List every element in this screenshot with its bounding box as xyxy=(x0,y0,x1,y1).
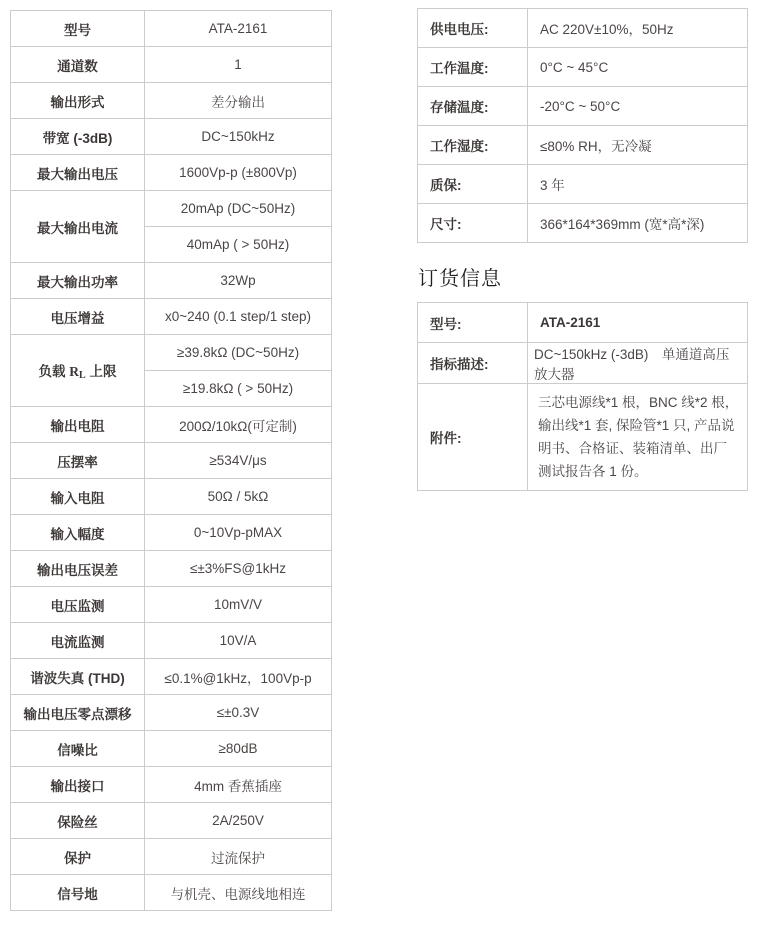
label-cell: 尺寸: xyxy=(418,204,528,243)
label-cell: 输入幅度 xyxy=(11,515,145,551)
label-cell: 最大输出功率 xyxy=(11,263,145,299)
spec-row-output-connector: 输出接口 4mm 香蕉插座 xyxy=(11,767,332,803)
spec-row-voltage-gain: 电压增益 x0~240 (0.1 step/1 step) xyxy=(11,299,332,335)
env-row-humidity: 工作湿度: ≤80% RH，无冷凝 xyxy=(418,126,748,165)
label-cell: 型号: xyxy=(418,303,528,343)
env-row-supply-voltage: 供电电压: AC 220V±10%，50Hz xyxy=(418,9,748,48)
label-cell: 工作湿度: xyxy=(418,126,528,165)
value-cell: DC~150kHz xyxy=(145,119,332,155)
value-cell: 与机壳、电源线地相连 xyxy=(145,875,332,911)
spec-row-output-resistance: 输出电阻 200Ω/10kΩ(可定制) xyxy=(11,407,332,443)
spec-row-output-voltage-error: 输出电压误差 ≤±3%FS@1kHz xyxy=(11,551,332,587)
env-row-warranty: 质保: 3 年 xyxy=(418,165,748,204)
value-cell: 过流保护 xyxy=(145,839,332,875)
spec-row-input-resistance: 输入电阻 50Ω / 5kΩ xyxy=(11,479,332,515)
right-column: 供电电压: AC 220V±10%，50Hz 工作温度: 0°C ~ 45°C … xyxy=(417,8,748,491)
label-cell: 电压监测 xyxy=(11,587,145,623)
spec-row-output-form: 输出形式 差分输出 xyxy=(11,83,332,119)
label-cell: 指标描述: xyxy=(418,343,528,384)
load-label-sub-l: L xyxy=(79,370,86,381)
order-row-spec-desc: 指标描述: DC~150kHz (-3dB) 单通道高压放大器 xyxy=(418,343,748,384)
label-cell: 保护 xyxy=(11,839,145,875)
label-cell: 最大输出电流 xyxy=(11,191,145,263)
label-cell: 压摆率 xyxy=(11,443,145,479)
value-cell: 1 xyxy=(145,47,332,83)
value-cell: AC 220V±10%，50Hz xyxy=(528,9,748,48)
spec-row-model: 型号 ATA-2161 xyxy=(11,11,332,47)
value-cell: -20°C ~ 50°C xyxy=(528,87,748,126)
environment-table: 供电电压: AC 220V±10%，50Hz 工作温度: 0°C ~ 45°C … xyxy=(417,8,748,243)
value-cell: ≥39.8kΩ (DC~50Hz) xyxy=(145,335,332,371)
order-row-model: 型号: ATA-2161 xyxy=(418,303,748,343)
label-cell: 保险丝 xyxy=(11,803,145,839)
value-cell: ≤±3%FS@1kHz xyxy=(145,551,332,587)
label-cell: 输出电阻 xyxy=(11,407,145,443)
value-cell: 10mV/V xyxy=(145,587,332,623)
spec-row-input-amplitude: 输入幅度 0~10Vp-pMAX xyxy=(11,515,332,551)
label-cell: 质保: xyxy=(418,165,528,204)
spec-row-channels: 通道数 1 xyxy=(11,47,332,83)
label-cell: 负载 RL 上限 xyxy=(11,335,145,407)
value-cell: 200Ω/10kΩ(可定制) xyxy=(145,407,332,443)
label-cell: 输入电阻 xyxy=(11,479,145,515)
load-label-suffix: 上限 xyxy=(86,364,117,379)
spec-row-zero-drift: 输出电压零点漂移 ≤±0.3V xyxy=(11,695,332,731)
value-cell: ATA-2161 xyxy=(145,11,332,47)
section-title-ordering-info: 订货信息 xyxy=(418,262,748,291)
spec-row-fuse: 保险丝 2A/250V xyxy=(11,803,332,839)
value-cell: ≤80% RH，无冷凝 xyxy=(528,126,748,165)
spec-row-thd: 谐波失真 (THD) ≤0.1%@1kHz，100Vp-p xyxy=(11,659,332,695)
value-cell: 50Ω / 5kΩ xyxy=(145,479,332,515)
label-cell: 输出接口 xyxy=(11,767,145,803)
value-cell: 0°C ~ 45°C xyxy=(528,48,748,87)
env-row-dimensions: 尺寸: 366*164*369mm (宽*高*深) xyxy=(418,204,748,243)
value-cell: 1600Vp-p (±800Vp) xyxy=(145,155,332,191)
spec-row-protection: 保护 过流保护 xyxy=(11,839,332,875)
value-cell: 366*164*369mm (宽*高*深) xyxy=(528,204,748,243)
value-cell: 3 年 xyxy=(528,165,748,204)
value-cell: 20mAp (DC~50Hz) xyxy=(145,191,332,227)
spec-row-max-output-current: 最大输出电流 20mAp (DC~50Hz) xyxy=(11,191,332,227)
label-cell: 电压增益 xyxy=(11,299,145,335)
value-cell: ATA-2161 xyxy=(528,303,748,343)
load-label-r: R xyxy=(69,364,79,379)
value-cell: ≥80dB xyxy=(145,731,332,767)
value-cell: 40mAp ( > 50Hz) xyxy=(145,227,332,263)
label-cell: 输出电压误差 xyxy=(11,551,145,587)
label-cell: 通道数 xyxy=(11,47,145,83)
value-cell: 三芯电源线*1 根，BNC 线*2 根，输出线*1 套, 保险管*1 只, 产品… xyxy=(528,384,748,491)
label-cell: 电流监测 xyxy=(11,623,145,659)
label-cell: 输出形式 xyxy=(11,83,145,119)
label-cell: 供电电压: xyxy=(418,9,528,48)
value-cell: DC~150kHz (-3dB) 单通道高压放大器 xyxy=(528,343,748,384)
order-row-accessories: 附件: 三芯电源线*1 根，BNC 线*2 根，输出线*1 套, 保险管*1 只… xyxy=(418,384,748,491)
spec-row-current-monitor: 电流监测 10V/A xyxy=(11,623,332,659)
value-cell: 差分输出 xyxy=(145,83,332,119)
value-cell: 10V/A xyxy=(145,623,332,659)
label-cell: 信噪比 xyxy=(11,731,145,767)
label-cell: 附件: xyxy=(418,384,528,491)
ordering-info-table: 型号: ATA-2161 指标描述: DC~150kHz (-3dB) 单通道高… xyxy=(417,302,748,491)
value-cell: ≥19.8kΩ ( > 50Hz) xyxy=(145,371,332,407)
spec-row-max-output-voltage: 最大输出电压 1600Vp-p (±800Vp) xyxy=(11,155,332,191)
label-cell: 型号 xyxy=(11,11,145,47)
value-cell: 0~10Vp-pMAX xyxy=(145,515,332,551)
spec-row-snr: 信噪比 ≥80dB xyxy=(11,731,332,767)
spec-row-max-output-power: 最大输出功率 32Wp xyxy=(11,263,332,299)
value-cell: ≤0.1%@1kHz，100Vp-p xyxy=(145,659,332,695)
spec-row-bandwidth: 带宽 (-3dB) DC~150kHz xyxy=(11,119,332,155)
value-cell: 2A/250V xyxy=(145,803,332,839)
label-cell: 带宽 (-3dB) xyxy=(11,119,145,155)
value-cell: ≥534V/μs xyxy=(145,443,332,479)
spec-sheet-page: { "colors": { "border": "#cccccc", "labe… xyxy=(0,0,760,934)
label-cell: 信号地 xyxy=(11,875,145,911)
env-row-storage-temp: 存储温度: -20°C ~ 50°C xyxy=(418,87,748,126)
spec-row-load-limit: 负载 RL 上限 ≥39.8kΩ (DC~50Hz) xyxy=(11,335,332,371)
label-cell: 最大输出电压 xyxy=(11,155,145,191)
value-cell: 4mm 香蕉插座 xyxy=(145,767,332,803)
spec-row-slew-rate: 压摆率 ≥534V/μs xyxy=(11,443,332,479)
value-cell: 32Wp xyxy=(145,263,332,299)
label-cell: 工作温度: xyxy=(418,48,528,87)
label-cell: 谐波失真 (THD) xyxy=(11,659,145,695)
spec-table: 型号 ATA-2161 通道数 1 输出形式 差分输出 带宽 (-3dB) DC… xyxy=(10,10,332,911)
value-cell: x0~240 (0.1 step/1 step) xyxy=(145,299,332,335)
label-cell: 输出电压零点漂移 xyxy=(11,695,145,731)
label-cell: 存储温度: xyxy=(418,87,528,126)
spec-row-voltage-monitor: 电压监测 10mV/V xyxy=(11,587,332,623)
load-label-prefix: 负载 xyxy=(39,364,70,379)
spec-row-signal-ground: 信号地 与机壳、电源线地相连 xyxy=(11,875,332,911)
env-row-operating-temp: 工作温度: 0°C ~ 45°C xyxy=(418,48,748,87)
value-cell: ≤±0.3V xyxy=(145,695,332,731)
